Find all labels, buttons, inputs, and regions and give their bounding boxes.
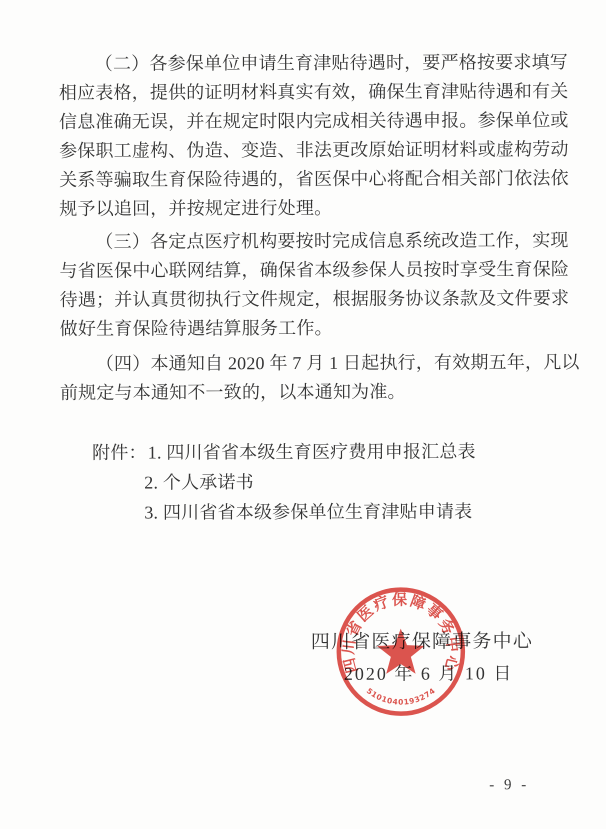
text-line: 做好生育保险待遇结算服务工作。 [60, 313, 560, 344]
attachment-item: 1. 四川省省本级生育医疗费用申报汇总表 [148, 436, 476, 467]
text-line: （二）各参保单位申请生育津贴待遇时，要严格按要求填写 [59, 48, 559, 79]
scanned-content: （二）各参保单位申请生育津贴待遇时，要严格按要求填写 相应表格，提供的证明材料真… [0, 0, 606, 829]
attachment-row: 2. 个人承诺书 [92, 466, 552, 498]
text-line: 关系等骗取生育保险待遇的，省医保中心将配合相关部门依法依 [59, 164, 559, 195]
attachment-row: 附件： 1. 四川省省本级生育医疗费用申报汇总表 [92, 436, 552, 468]
seal-serial-holder: 5101040193274 [365, 686, 437, 707]
attachment-row: 3. 四川省省本级参保单位生育津贴申请表 [92, 496, 552, 528]
text-line: 参保职工虚构、伪造、变造、非法更改原始证明材料或虚构劳动 [59, 135, 559, 166]
text-line: 信息准确无误，并在规定时限内完成相关待遇申报。参保单位或 [59, 106, 559, 137]
text-line: 与省医保中心联网结算，确保省本级参保人员按时享受生育保险 [59, 255, 559, 286]
document-page: （二）各参保单位申请生育津贴待遇时，要严格按要求填写 相应表格，提供的证明材料真… [0, 0, 606, 829]
text-line: 规予以追回，并按规定进行处理。 [59, 193, 559, 224]
text-line: 前规定与本通知不一致的，以本通知为准。 [60, 377, 560, 408]
paragraph-item-2: （二）各参保单位申请生育津贴待遇时，要严格按要求填写 相应表格，提供的证明材料真… [59, 48, 560, 224]
text-line: （四）本通知自 2020 年 7 月 1 日起执行，有效期五年，凡以 [60, 348, 560, 379]
seal-serial-number: 5101040193274 [365, 686, 437, 707]
attachment-label: 附件： [92, 438, 148, 468]
paragraph-item-4: （四）本通知自 2020 年 7 月 1 日起执行，有效期五年，凡以 前规定与本… [60, 348, 560, 408]
text-line: 待遇；并认真贯彻执行文件规定，根据服务协议条款及文件要求 [60, 284, 560, 315]
official-seal: 四川省医疗保障事务中心 5101040193274 [315, 565, 488, 738]
page-number: - 9 - [479, 777, 539, 794]
attachment-item: 3. 四川省省本级参保单位生育津贴申请表 [144, 496, 472, 527]
attachment-item: 2. 个人承诺书 [144, 467, 254, 497]
star-icon [377, 629, 425, 674]
text-line: 相应表格，提供的证明材料真实有效，确保生育津贴待遇和有关 [59, 77, 559, 108]
text-line: （三）各定点医疗机构要按时完成信息系统改造工作，实现 [59, 226, 559, 257]
attachment-list: 附件： 1. 四川省省本级生育医疗费用申报汇总表 2. 个人承诺书 3. 四川省… [92, 436, 552, 528]
paragraph-item-3: （三）各定点医疗机构要按时完成信息系统改造工作，实现 与省医保中心联网结算，确保… [59, 226, 559, 344]
